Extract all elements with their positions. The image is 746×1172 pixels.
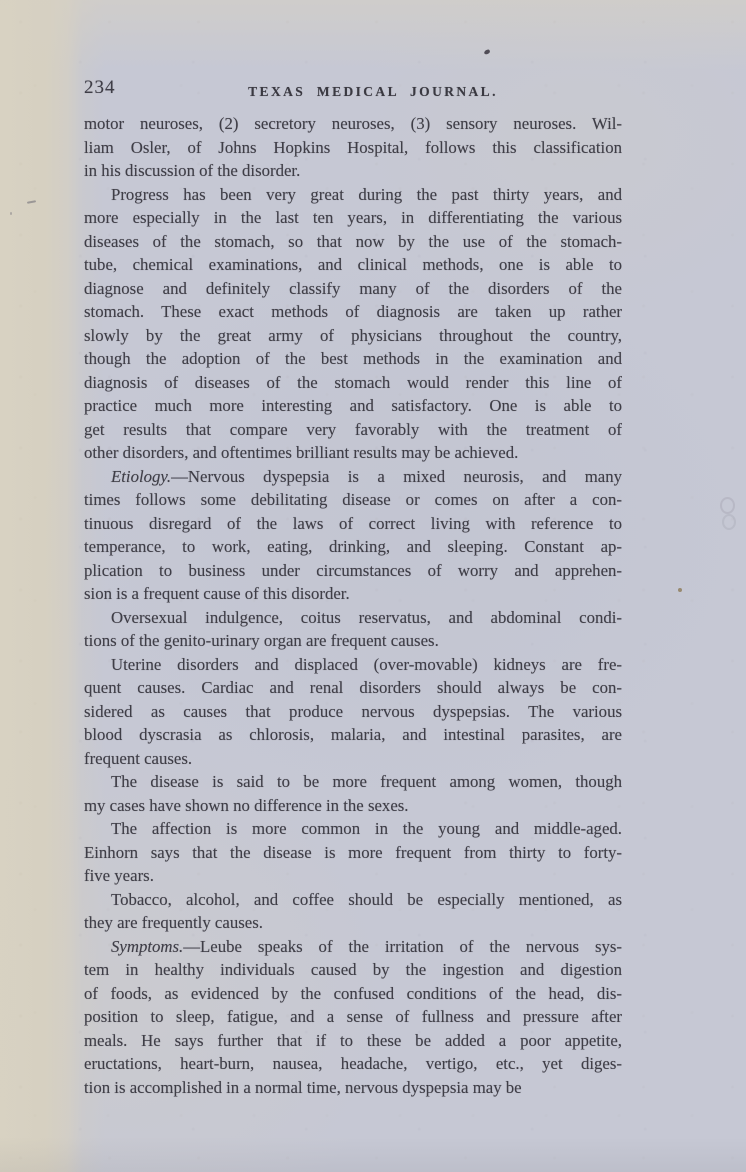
text-line: tions of the genito-urinary organ are fr… xyxy=(84,629,622,653)
text-line: other disorders, and oftentimes brillian… xyxy=(84,441,622,465)
showthrough-smudge xyxy=(722,514,736,530)
text-line: tion is accomplished in a normal time, n… xyxy=(84,1076,622,1100)
page-body: motor neuroses, (2) secretory neuroses, … xyxy=(84,112,622,1099)
text-line: more especially in the last ten years, i… xyxy=(84,206,622,230)
italic-lead: Symptoms. xyxy=(111,937,183,956)
text-line: meals. He says further that if to these … xyxy=(84,1029,622,1053)
text-line: diseases of the stomach, so that now by … xyxy=(84,230,622,254)
text-line: Uterine disorders and displaced (over-mo… xyxy=(84,653,622,677)
text-line: temperance, to work, eating, drinking, a… xyxy=(84,535,622,559)
text-line: my cases have shown no difference in the… xyxy=(84,794,622,818)
text-line: practice much more interesting and satis… xyxy=(84,394,622,418)
text-line: five years. xyxy=(84,864,622,888)
italic-lead: Etiology. xyxy=(111,467,171,486)
text-line: diagnose and definitely classify many of… xyxy=(84,277,622,301)
text-line: blood dyscrasia as chlorosis, malaria, a… xyxy=(84,723,622,747)
margin-mark xyxy=(27,200,36,204)
text-line: though the adoption of the best methods … xyxy=(84,347,622,371)
text-line: Symptoms.—Leube speaks of the irritation… xyxy=(84,935,622,959)
text-line: motor neuroses, (2) secretory neuroses, … xyxy=(84,112,622,136)
paper-speck xyxy=(678,588,682,592)
text-line: they are frequently causes. xyxy=(84,911,622,935)
text-line: frequent causes. xyxy=(84,747,622,771)
text-line: liam Osler, of Johns Hopkins Hospital, f… xyxy=(84,136,622,160)
paragraph: Symptoms.—Leube speaks of the irritation… xyxy=(84,935,622,1100)
showthrough-smudge xyxy=(720,497,735,514)
paragraph: The affection is more common in the youn… xyxy=(84,817,622,888)
paragraph: Uterine disorders and displaced (over-mo… xyxy=(84,653,622,771)
paragraph: motor neuroses, (2) secretory neuroses, … xyxy=(84,112,622,183)
text-line: eructations, heart-burn, nausea, headach… xyxy=(84,1052,622,1076)
text-line: Progress has been very great during the … xyxy=(84,183,622,207)
text-line: diagnosis of diseases of the stomach wou… xyxy=(84,371,622,395)
text-line: times follows some debilitating disease … xyxy=(84,488,622,512)
text-line: of foods, as evidenced by the confused c… xyxy=(84,982,622,1006)
text-line: Einhorn says that the disease is more fr… xyxy=(84,841,622,865)
paragraph: Progress has been very great during the … xyxy=(84,183,622,465)
running-head-title: TEXAS MEDICAL JOURNAL. xyxy=(0,84,746,100)
paragraph: Tobacco, alcohol, and coffee should be e… xyxy=(84,888,622,935)
text-line: Oversexual indulgence, coitus reservatus… xyxy=(84,606,622,630)
text-line: stomach. These exact methods of diagnosi… xyxy=(84,300,622,324)
text-line: Tobacco, alcohol, and coffee should be e… xyxy=(84,888,622,912)
paragraph: Etiology.—Nervous dyspepsia is a mixed n… xyxy=(84,465,622,606)
scanned-journal-page: 234 TEXAS MEDICAL JOURNAL. motor neurose… xyxy=(0,0,746,1172)
margin-dot xyxy=(10,212,12,215)
text-line: plication to business under circumstance… xyxy=(84,559,622,583)
text-line: tube, chemical examinations, and clinica… xyxy=(84,253,622,277)
text-line: get results that compare very favorably … xyxy=(84,418,622,442)
text-line: tinuous disregard of the laws of correct… xyxy=(84,512,622,536)
text-line: The affection is more common in the youn… xyxy=(84,817,622,841)
text-line: sidered as causes that produce nervous d… xyxy=(84,700,622,724)
text-line: The disease is said to be more frequent … xyxy=(84,770,622,794)
text-line: sion is a frequent cause of this disorde… xyxy=(84,582,622,606)
text-line: Etiology.—Nervous dyspepsia is a mixed n… xyxy=(84,465,622,489)
text-line: quent causes. Cardiac and renal disorder… xyxy=(84,676,622,700)
text-line: tem in healthy individuals caused by the… xyxy=(84,958,622,982)
ink-fleck xyxy=(483,49,490,55)
paragraph: Oversexual indulgence, coitus reservatus… xyxy=(84,606,622,653)
text-line: in his discussion of the disorder. xyxy=(84,159,622,183)
text-line: position to sleep, fatigue, and a sense … xyxy=(84,1005,622,1029)
text-line: slowly by the great army of physicians t… xyxy=(84,324,622,348)
paragraph: The disease is said to be more frequent … xyxy=(84,770,622,817)
